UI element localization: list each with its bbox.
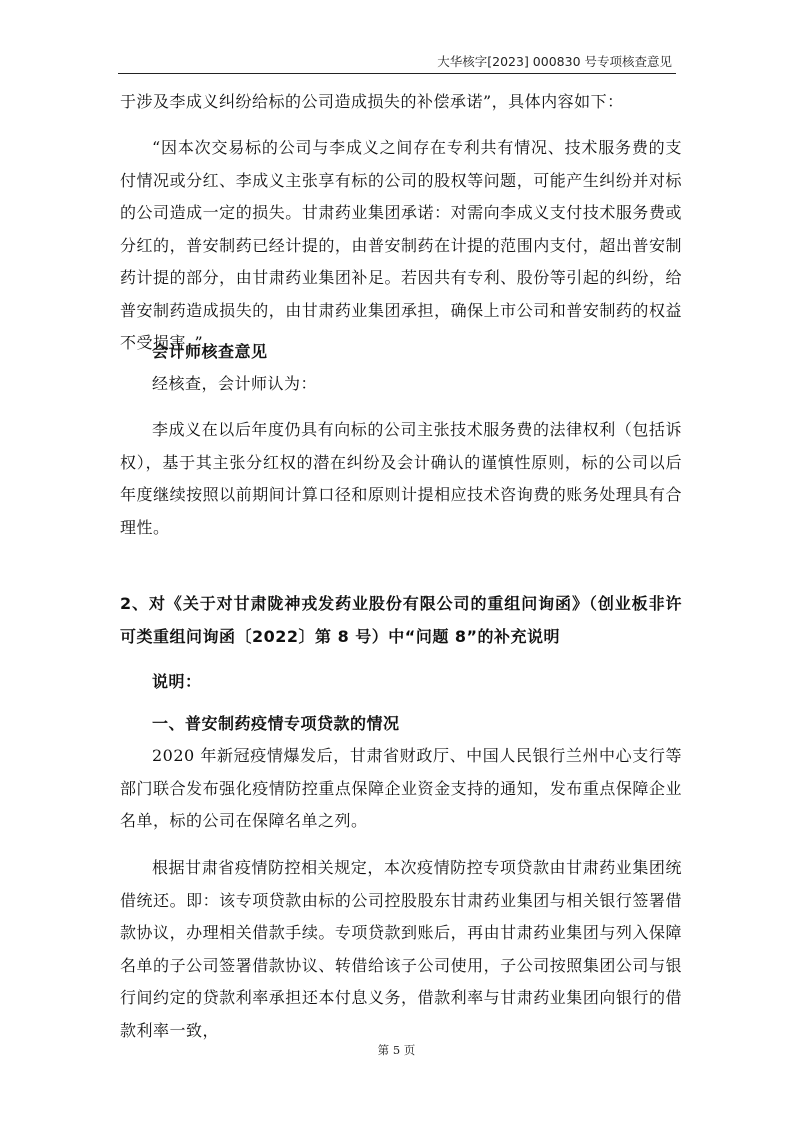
heading-section-2: 2、对《关于对甘肃陇神戎发药业股份有限公司的重组问询函》（创业板非许可类重组问询… — [120, 588, 682, 653]
page-header: 大华核字[2023] 000830 号专项核查意见 — [118, 53, 676, 74]
heading-loan-situation: 一、普安制药疫情专项贷款的情况 — [120, 708, 682, 741]
paragraph-auditor-conclusion-lead: 经核查，会计师认为： — [120, 368, 682, 401]
paragraph-auditor-conclusion: 李成义在以后年度仍具有向标的公司主张技术服务费的法律权利（包括诉权），基于其主张… — [120, 414, 682, 544]
heading-auditor-opinion: 会计师核查意见 — [120, 336, 682, 369]
paragraph-covid-background: 2020 年新冠疫情爆发后，甘肃省财政厅、中国人民银行兰州中心支行等部门联合发布… — [120, 740, 682, 838]
paragraph-commitment-quote: “因本次交易标的公司与李成义之间存在专利共有情况、技术服务费的支付情况或分红、李… — [120, 132, 682, 360]
paragraph-loan-arrangement: 根据甘肃省疫情防控相关规定，本次疫情防控专项贷款由甘肃药业集团统借统还。即：该专… — [120, 852, 682, 1047]
heading-explanation: 说明： — [120, 666, 682, 699]
document-reference: 大华核字[2023] 000830 号专项核查意见 — [437, 53, 676, 71]
paragraph-intro: 于涉及李成义纠纷给标的公司造成损失的补偿承诺”，具体内容如下： — [120, 86, 682, 119]
page-number: 第 5 页 — [0, 1042, 793, 1058]
